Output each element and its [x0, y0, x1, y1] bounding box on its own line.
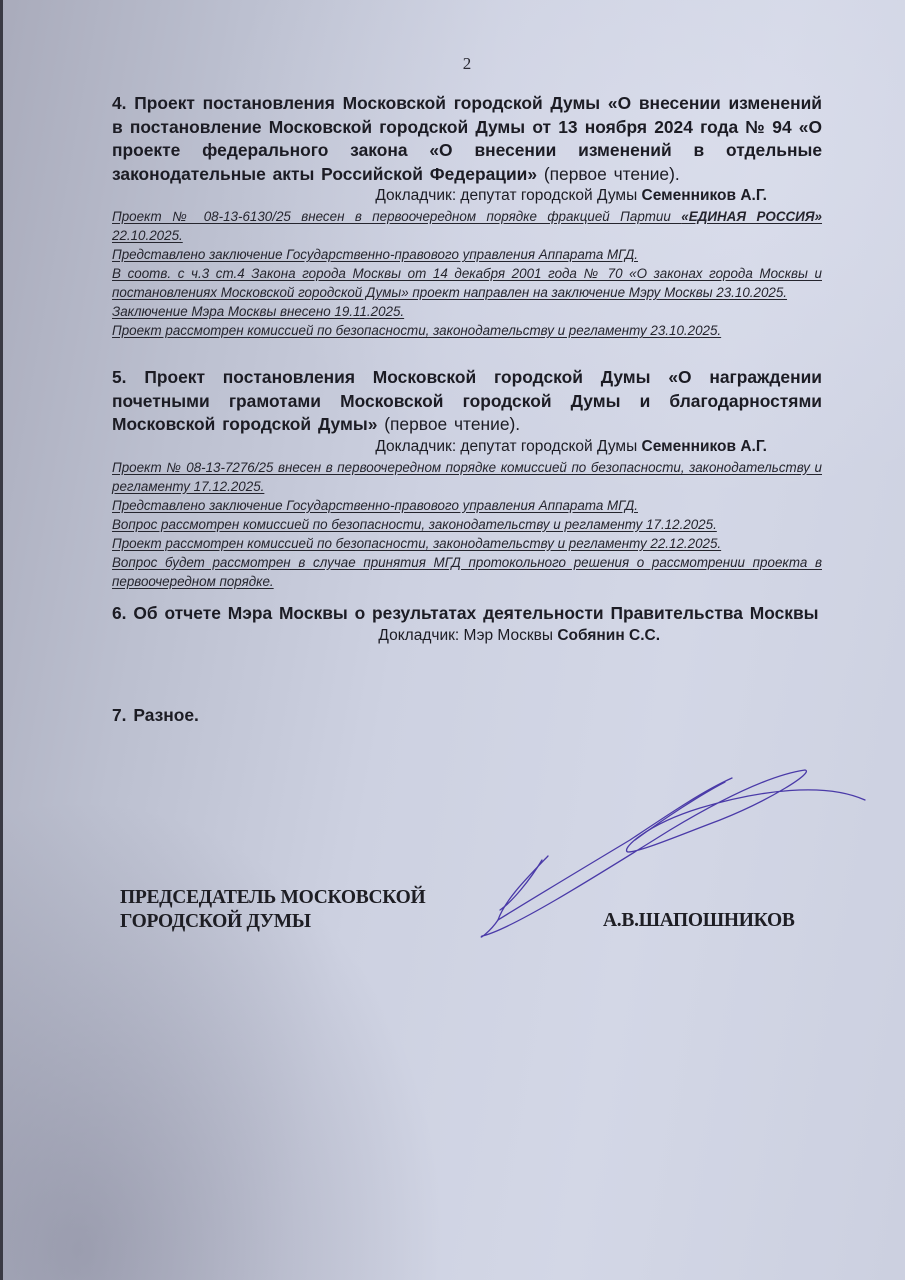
item-number: 4. — [112, 93, 127, 113]
speaker-label: Докладчик: Мэр Москвы — [378, 627, 557, 644]
note: Проект рассмотрен комиссией по безопасно… — [112, 534, 822, 553]
agenda-item-7: 7. Разное. — [112, 704, 822, 728]
item-reading-stage: (первое чтение). — [377, 414, 520, 434]
item-title-bold: Об отчете Мэра Москвы о результатах деят… — [133, 603, 818, 623]
note: Представлено заключение Государственно-п… — [112, 245, 822, 264]
speaker-line: Докладчик: депутат городской Думы Семенн… — [112, 186, 822, 206]
note: Вопрос рассмотрен комиссией по безопасно… — [112, 515, 822, 534]
agenda-item-title: 5. Проект постановления Московской город… — [112, 366, 822, 437]
item-title-bold: Проект постановления Московской городско… — [112, 93, 822, 184]
note: Представлено заключение Государственно-п… — [112, 496, 822, 515]
note: Вопрос будет рассмотрен в случае приняти… — [112, 553, 822, 591]
agenda-item-title: 7. Разное. — [112, 704, 822, 728]
item-number: 5. — [112, 367, 127, 387]
speaker-line: Докладчик: депутат городской Думы Семенн… — [112, 437, 822, 457]
page-edge — [0, 0, 3, 1280]
agenda-item-5: 5. Проект постановления Московской город… — [112, 366, 822, 591]
note: В соотв. с ч.3 ст.4 Закона города Москвы… — [112, 264, 822, 302]
speaker-line: Докладчик: Мэр Москвы Собянин С.С. — [112, 626, 822, 646]
speaker-label: Докладчик: депутат городской Думы — [375, 187, 641, 204]
position-line-1: ПРЕДСЕДАТЕЛЬ МОСКОВСКОЙ — [120, 886, 425, 910]
item-title-bold: Разное. — [133, 705, 199, 725]
signatory-position: ПРЕДСЕДАТЕЛЬ МОСКОВСКОЙ ГОРОДСКОЙ ДУМЫ — [120, 886, 425, 934]
note: Проект № 08-13-7276/25 внесен в первооче… — [112, 458, 822, 496]
speaker-name: Семенников А.Г. — [642, 187, 767, 204]
party-name: «ЕДИНАЯ РОССИЯ» — [681, 209, 822, 224]
item-number: 7. — [112, 705, 127, 725]
agenda-item-title: 4. Проект постановления Московской город… — [112, 92, 822, 186]
note: Проект рассмотрен комиссией по безопасно… — [112, 321, 822, 340]
note-text: Проект № 08-13-6130/25 внесен в первооче… — [112, 209, 681, 224]
item-notes: Проект № 08-13-6130/25 внесен в первооче… — [112, 207, 822, 340]
page-number: 2 — [112, 54, 822, 74]
item-number: 6. — [112, 603, 127, 623]
note-date: 22.10.2025. — [112, 228, 183, 243]
agenda-item-title: 6. Об отчете Мэра Москвы о результатах д… — [112, 602, 822, 626]
item-notes: Проект № 08-13-7276/25 внесен в первооче… — [112, 458, 822, 591]
signatory-name: А.В.ШАПОШНИКОВ — [603, 910, 795, 932]
speaker-name: Семенников А.Г. — [642, 438, 767, 455]
position-line-2: ГОРОДСКОЙ ДУМЫ — [120, 910, 425, 934]
speaker-label: Докладчик: депутат городской Думы — [375, 438, 641, 455]
note: Проект № 08-13-6130/25 внесен в первооче… — [112, 207, 822, 245]
speaker-name: Собянин С.С. — [557, 627, 660, 644]
agenda-item-4: 4. Проект постановления Московской город… — [112, 92, 822, 340]
agenda-item-6: 6. Об отчете Мэра Москвы о результатах д… — [112, 602, 822, 646]
note: Заключение Мэра Москвы внесено 19.11.202… — [112, 302, 822, 321]
item-reading-stage: (первое чтение). — [537, 164, 680, 184]
